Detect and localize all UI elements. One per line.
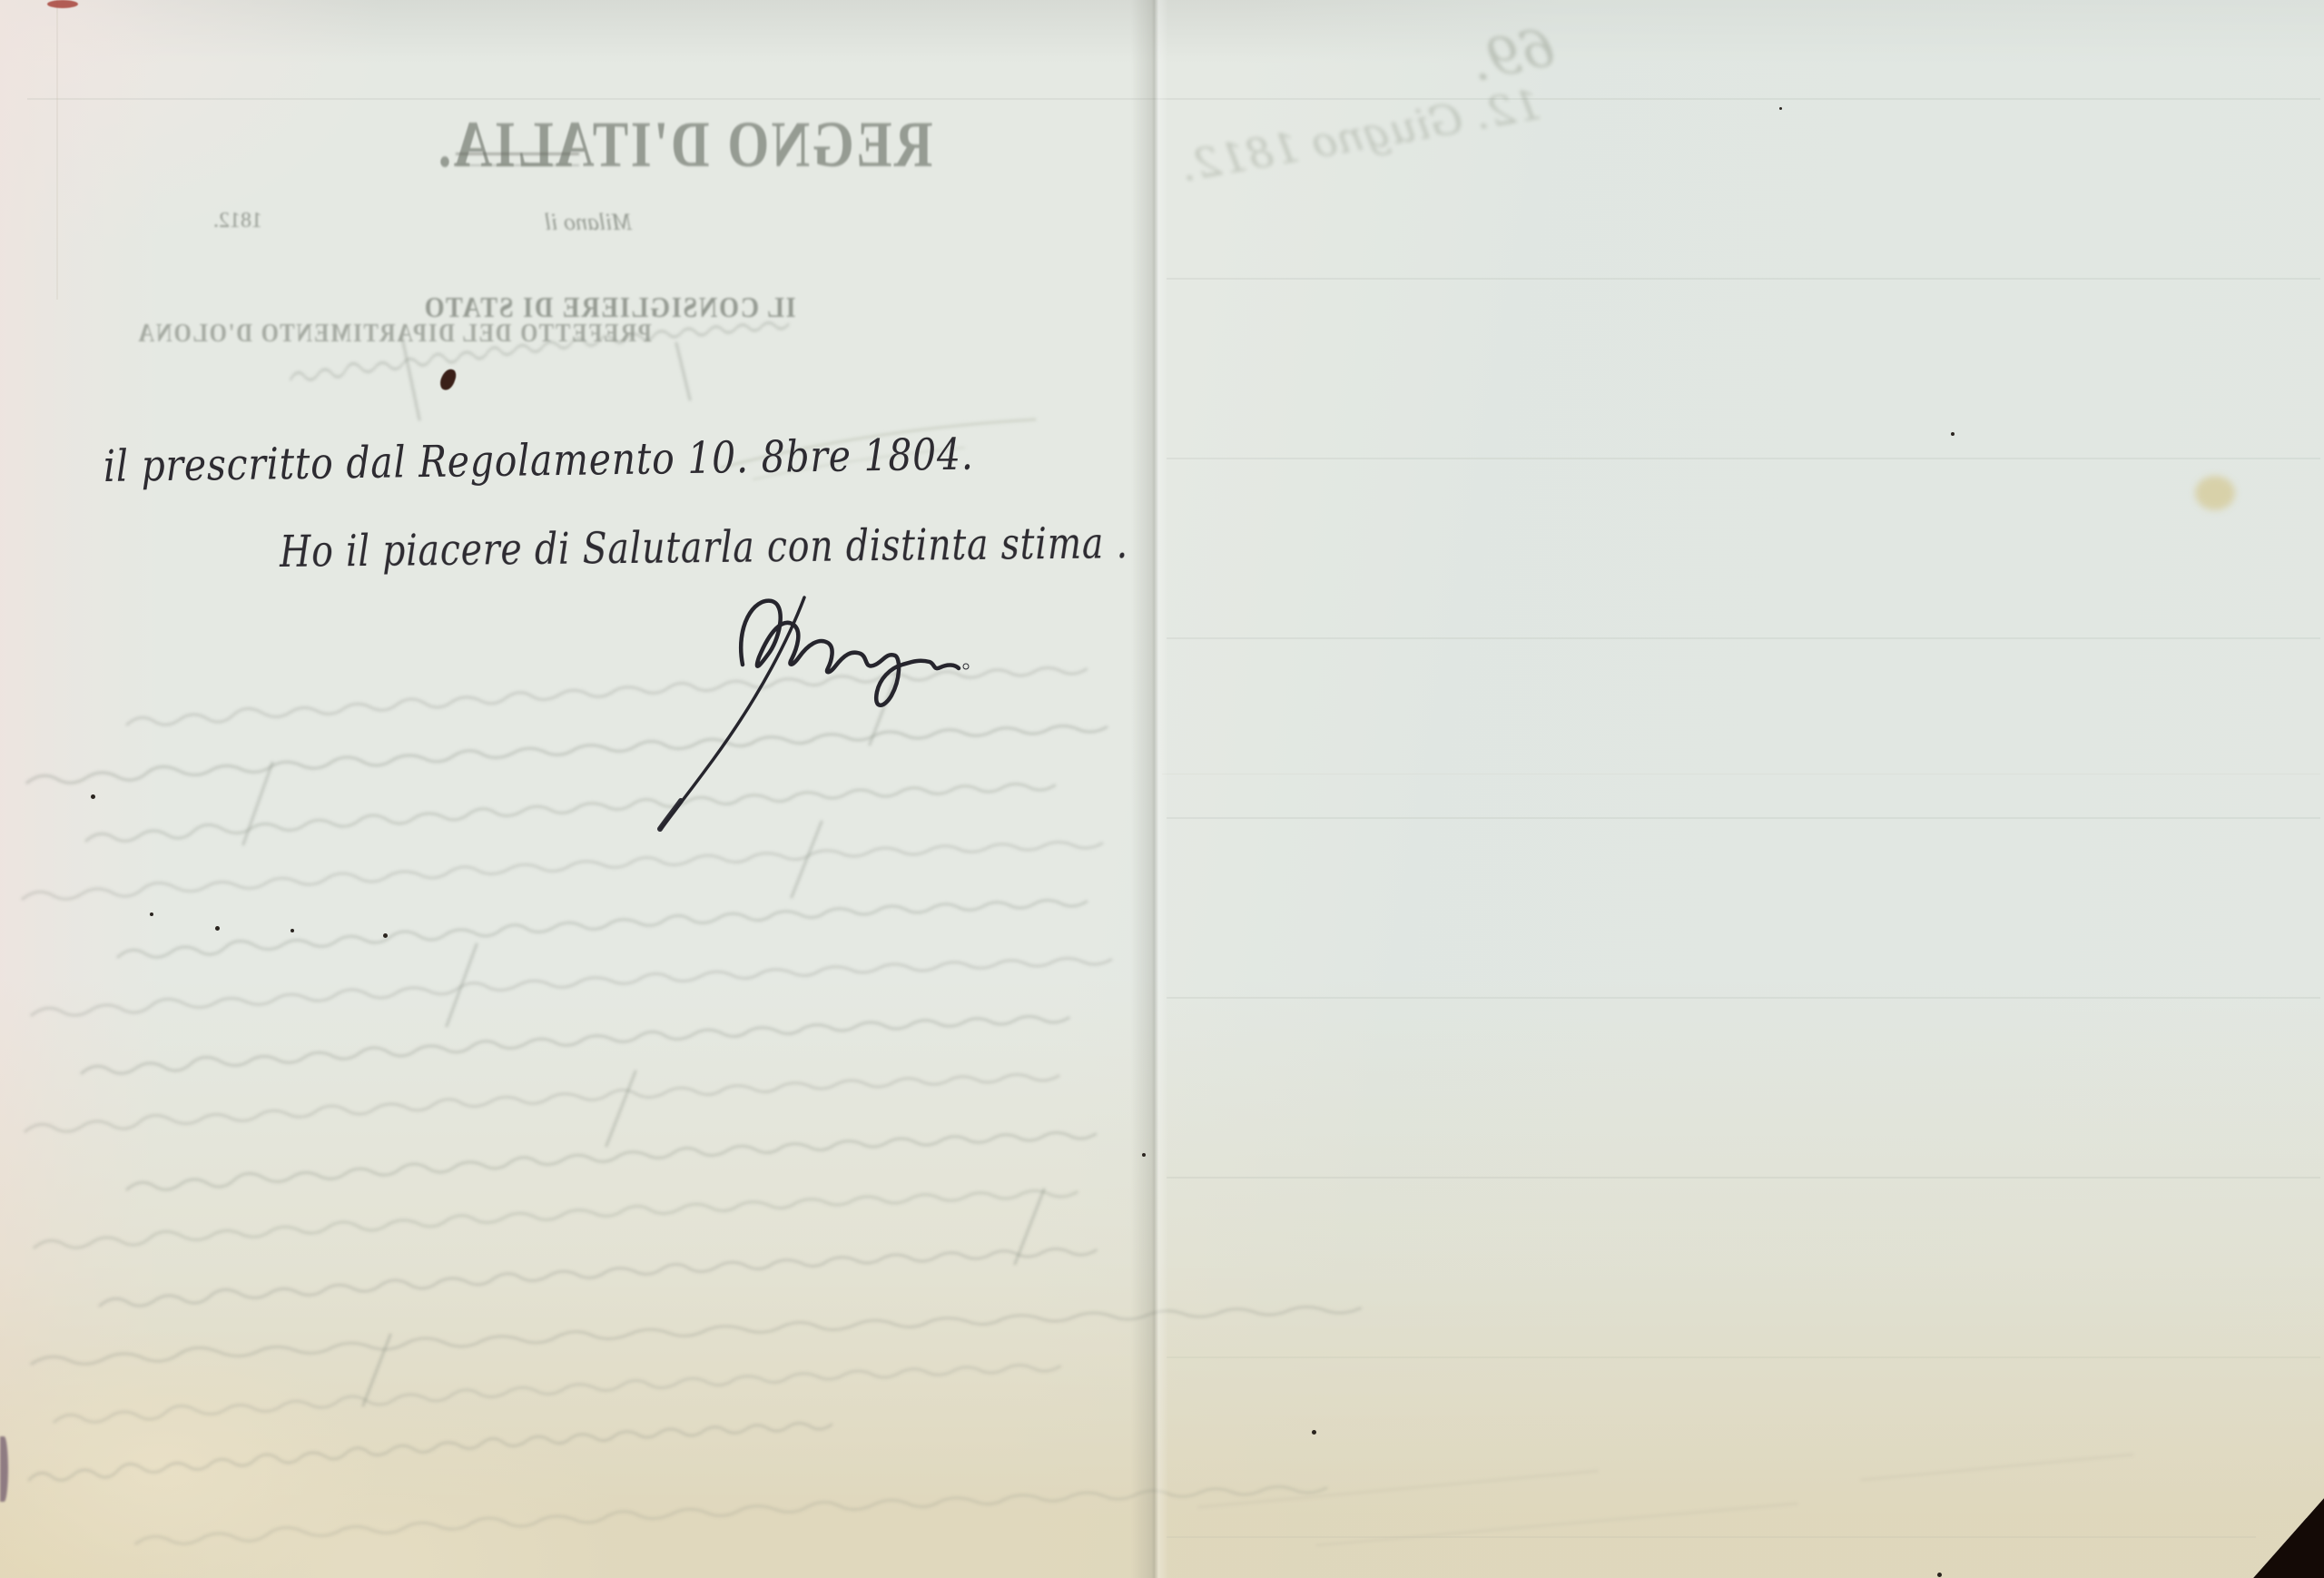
manuscript-line-2: Ho il piacere di Salutarla con distinta … — [280, 518, 1128, 577]
background-sliver — [0, 1436, 8, 1502]
yellow-stain — [2195, 476, 2235, 510]
ink-speck — [1779, 107, 1782, 110]
center-fold — [1131, 0, 1173, 1578]
ink-speck — [215, 926, 220, 931]
ink-speck — [290, 929, 294, 932]
bottom-creases — [1198, 1455, 2133, 1545]
ink-speck — [91, 794, 95, 799]
ink-speck — [150, 912, 153, 916]
ink-speck — [1312, 1430, 1316, 1435]
red-paper-mark — [47, 0, 78, 8]
ink-speck — [383, 933, 388, 938]
ink-speck — [1951, 432, 1955, 436]
ink-speck — [1937, 1573, 1942, 1577]
signature-flourish — [626, 581, 990, 844]
photo-of-manuscript-letter: REGNO D'ITALIA. Milano il 1812. IL CONSI… — [0, 0, 2324, 1578]
paper-sheet: REGNO D'ITALIA. Milano il 1812. IL CONSI… — [0, 0, 2324, 1578]
ink-speck — [1142, 1153, 1146, 1157]
